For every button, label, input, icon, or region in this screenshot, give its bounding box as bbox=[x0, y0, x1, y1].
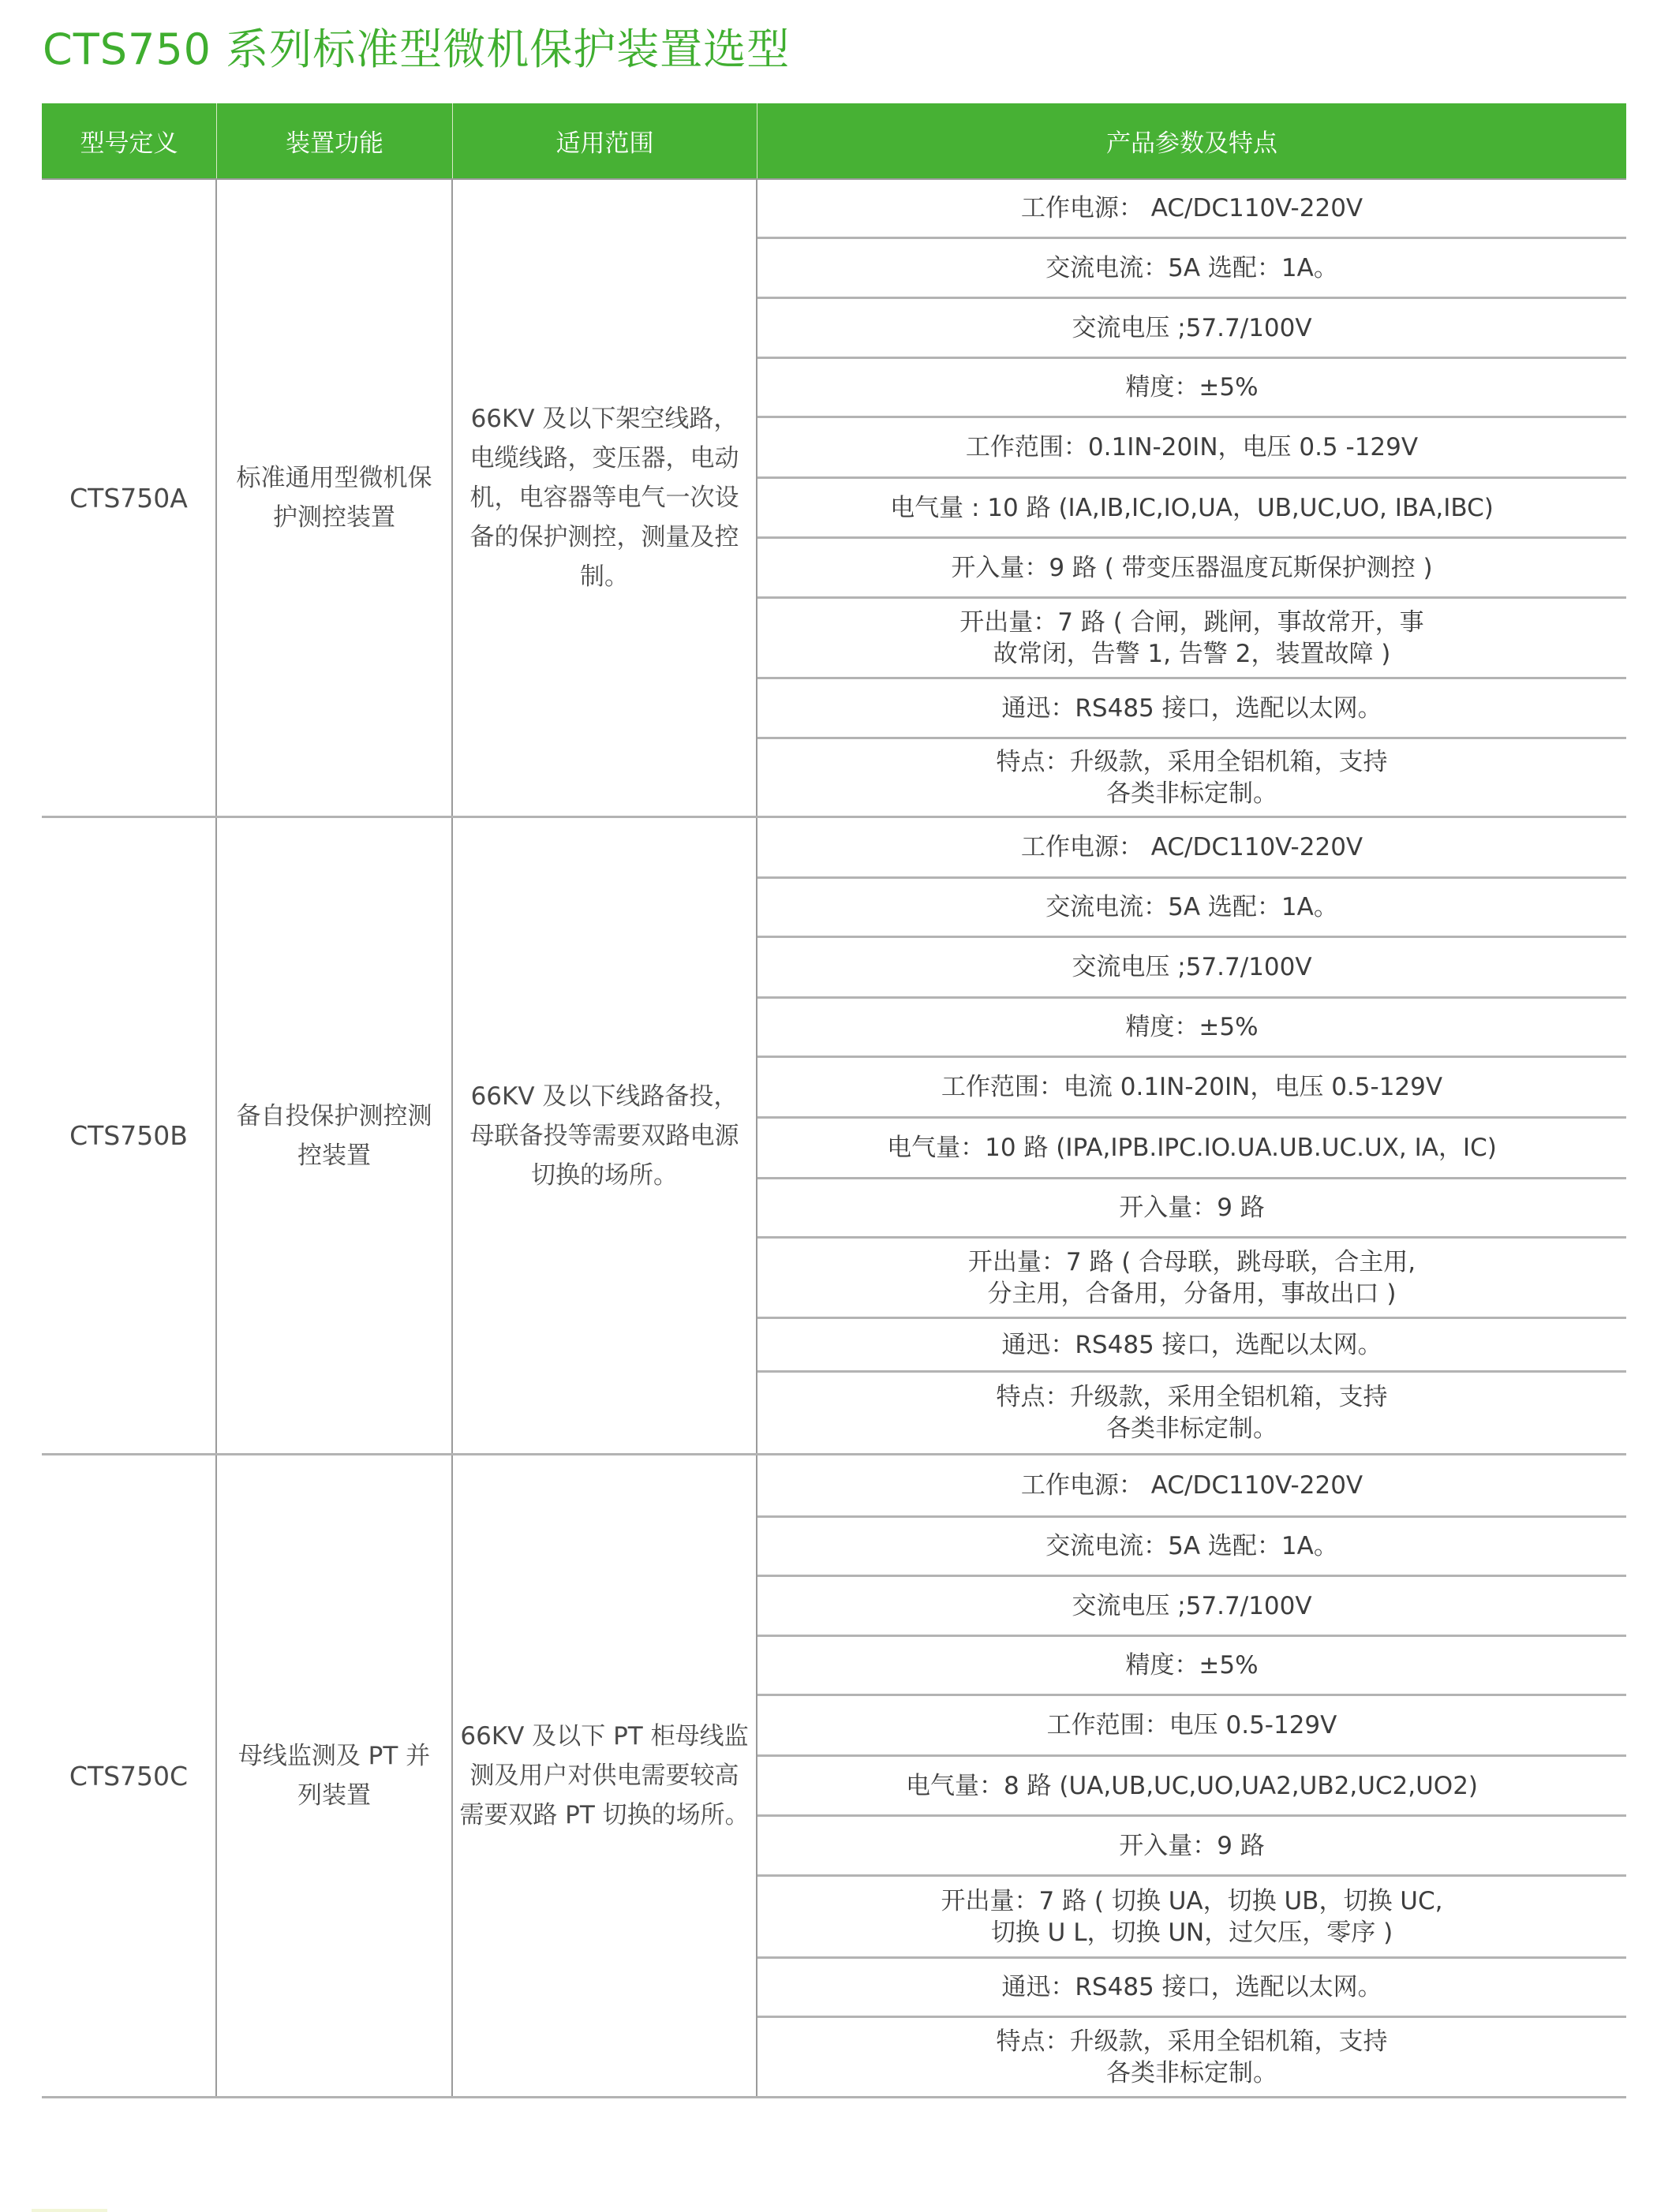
param-text: 开入量：9 路 bbox=[1119, 1830, 1265, 1862]
param-text: 开入量：9 路 bbox=[1119, 1192, 1265, 1224]
param-ac-current: 交流电流：5A 选配：1A。 bbox=[757, 1518, 1626, 1577]
param-outputs: 开出量：7 路 ( 合母联，跳母联，合主用, 分主用，合备用，分备用，事故出口 … bbox=[757, 1239, 1626, 1319]
param-range: 工作范围：电流 0.1IN-20IN，电压 0.5-129V bbox=[757, 1058, 1626, 1119]
param-text: 交流电流：5A 选配：1A。 bbox=[1045, 1530, 1338, 1562]
param-features: 特点：升级款，采用全铝机箱，支持 各类非标定制。 bbox=[757, 1373, 1626, 1453]
param-text: 电气量：8 路 (UA,UB,UC,UO,UA2,UB2,UC2,UO2) bbox=[906, 1770, 1478, 1802]
param-inputs: 开入量：9 路 bbox=[757, 1179, 1626, 1239]
table-header: 型号定义 装置功能 适用范围 产品参数及特点 bbox=[42, 103, 1626, 180]
param-electrical: 电气量 : 10 路 (IA,IB,IC,IO,UA，UB,UC,UO, IBA… bbox=[757, 479, 1626, 539]
model-cell: CTS750B bbox=[42, 818, 217, 1453]
param-text: 通迅：RS485 接口，选配以太网。 bbox=[1001, 1971, 1382, 2003]
param-accuracy: 精度：±5% bbox=[757, 999, 1626, 1058]
param-power: 工作电源： AC/DC110V-220V bbox=[757, 1455, 1626, 1518]
param-text: 开出量：7 路 ( 合闸，跳闸，事故常开，事 故常闭，告警 1, 告警 2，装置… bbox=[959, 607, 1423, 670]
param-features: 特点：升级款，采用全铝机箱，支持 各类非标定制。 bbox=[757, 2018, 1626, 2096]
param-text: 交流电流：5A 选配：1A。 bbox=[1045, 252, 1338, 284]
scope-cell: 66KV 及以下 PT 柜母线监测及用户对供电需要较高需要双路 PT 切换的场所… bbox=[453, 1455, 757, 2096]
table-row-cts750a: CTS750A 标准通用型微机保护测控装置 66KV 及以下架空线路，电缆线路，… bbox=[42, 180, 1626, 818]
param-text: 通迅：RS485 接口，选配以太网。 bbox=[1001, 693, 1382, 724]
scope-cell: 66KV 及以下线路备投，母联备投等需要双路电源切换的场所。 bbox=[453, 818, 757, 1453]
param-text: 特点：升级款，采用全铝机箱，支持 各类非标定制。 bbox=[997, 746, 1388, 809]
param-text: 开入量：9 路 ( 带变压器温度瓦斯保护测控 ) bbox=[951, 552, 1432, 584]
param-ac-current: 交流电流：5A 选配：1A。 bbox=[757, 239, 1626, 299]
param-text: 电气量 : 10 路 (IA,IB,IC,IO,UA，UB,UC,UO, IBA… bbox=[890, 492, 1494, 524]
param-power: 工作电源： AC/DC110V-220V bbox=[757, 180, 1626, 239]
param-accuracy: 精度：±5% bbox=[757, 1637, 1626, 1696]
function-cell: 备自投保护测控测控装置 bbox=[217, 818, 453, 1453]
param-outputs: 开出量：7 路 ( 切换 UA，切换 UB，切换 UC, 切换 U L，切换 U… bbox=[757, 1877, 1626, 1959]
param-range: 工作范围：电压 0.5-129V bbox=[757, 1696, 1626, 1757]
param-text: 精度：±5% bbox=[1125, 372, 1258, 403]
params-cell: 工作电源： AC/DC110V-220V 交流电流：5A 选配：1A。 交流电压… bbox=[757, 1455, 1626, 2096]
model-cell: CTS750A bbox=[42, 180, 217, 816]
param-text: 交流电压 ;57.7/100V bbox=[1072, 312, 1311, 344]
page-title: CTS750 系列标准型微机保护装置选型 bbox=[43, 22, 790, 77]
param-text: 交流电压 ;57.7/100V bbox=[1072, 951, 1311, 983]
header-function: 装置功能 bbox=[217, 103, 453, 178]
params-cell: 工作电源： AC/DC110V-220V 交流电流：5A 选配：1A。 交流电压… bbox=[757, 818, 1626, 1453]
param-ac-voltage: 交流电压 ;57.7/100V bbox=[757, 1577, 1626, 1637]
param-text: 特点：升级款，采用全铝机箱，支持 各类非标定制。 bbox=[997, 2026, 1388, 2089]
footer-decoration bbox=[32, 2209, 107, 2212]
param-text: 通迅：RS485 接口，选配以太网。 bbox=[1001, 1329, 1382, 1361]
param-range: 工作范围：0.1IN-20IN，电压 0.5 -129V bbox=[757, 418, 1626, 479]
param-ac-current: 交流电流：5A 选配：1A。 bbox=[757, 879, 1626, 938]
param-ac-voltage: 交流电压 ;57.7/100V bbox=[757, 938, 1626, 999]
param-text: 工作范围：0.1IN-20IN，电压 0.5 -129V bbox=[966, 432, 1418, 463]
param-text: 电气量：10 路 (IPA,IPB.IPC.IO.UA.UB.UC.UX, IA… bbox=[887, 1132, 1497, 1164]
param-text: 工作电源： AC/DC110V-220V bbox=[1021, 1470, 1363, 1501]
param-comms: 通迅：RS485 接口，选配以太网。 bbox=[757, 1959, 1626, 2018]
param-text: 精度：±5% bbox=[1125, 1011, 1258, 1043]
param-text: 交流电流：5A 选配：1A。 bbox=[1045, 891, 1338, 923]
param-electrical: 电气量：10 路 (IPA,IPB.IPC.IO.UA.UB.UC.UX, IA… bbox=[757, 1119, 1626, 1179]
param-outputs: 开出量：7 路 ( 合闸，跳闸，事故常开，事 故常闭，告警 1, 告警 2，装置… bbox=[757, 599, 1626, 679]
header-scope: 适用范围 bbox=[453, 103, 757, 178]
param-ac-voltage: 交流电压 ;57.7/100V bbox=[757, 299, 1626, 359]
model-cell: CTS750C bbox=[42, 1455, 217, 2096]
function-cell: 母线监测及 PT 并列装置 bbox=[217, 1455, 453, 2096]
param-text: 开出量：7 路 ( 合母联，跳母联，合主用, 分主用，合备用，分备用，事故出口 … bbox=[968, 1246, 1416, 1310]
param-text: 交流电压 ;57.7/100V bbox=[1072, 1590, 1311, 1622]
table-row-cts750b: CTS750B 备自投保护测控测控装置 66KV 及以下线路备投，母联备投等需要… bbox=[42, 818, 1626, 1455]
param-text: 工作范围：电流 0.1IN-20IN，电压 0.5-129V bbox=[941, 1071, 1442, 1103]
param-text: 工作范围：电压 0.5-129V bbox=[1047, 1709, 1337, 1741]
table-row-cts750c: CTS750C 母线监测及 PT 并列装置 66KV 及以下 PT 柜母线监测及… bbox=[42, 1455, 1626, 2098]
param-text: 工作电源： AC/DC110V-220V bbox=[1021, 192, 1363, 224]
param-electrical: 电气量：8 路 (UA,UB,UC,UO,UA2,UB2,UC2,UO2) bbox=[757, 1757, 1626, 1817]
param-power: 工作电源： AC/DC110V-220V bbox=[757, 818, 1626, 879]
param-text: 特点：升级款，采用全铝机箱，支持 各类非标定制。 bbox=[997, 1381, 1388, 1444]
scope-cell: 66KV 及以下架空线路，电缆线路，变压器，电动机，电容器等电气一次设备的保护测… bbox=[453, 180, 757, 816]
header-model: 型号定义 bbox=[42, 103, 217, 178]
param-comms: 通迅：RS485 接口，选配以太网。 bbox=[757, 679, 1626, 739]
selection-table: 型号定义 装置功能 适用范围 产品参数及特点 CTS750A 标准通用型微机保护… bbox=[42, 103, 1626, 2098]
function-cell: 标准通用型微机保护测控装置 bbox=[217, 180, 453, 816]
params-cell: 工作电源： AC/DC110V-220V 交流电流：5A 选配：1A。 交流电压… bbox=[757, 180, 1626, 816]
param-accuracy: 精度：±5% bbox=[757, 359, 1626, 418]
param-text: 开出量：7 路 ( 切换 UA，切换 UB，切换 UC, 切换 U L，切换 U… bbox=[941, 1885, 1443, 1949]
param-comms: 通迅：RS485 接口，选配以太网。 bbox=[757, 1319, 1626, 1373]
param-inputs: 开入量：9 路 bbox=[757, 1817, 1626, 1877]
param-text: 工作电源： AC/DC110V-220V bbox=[1021, 831, 1363, 863]
param-features: 特点：升级款，采用全铝机箱，支持 各类非标定制。 bbox=[757, 739, 1626, 816]
param-inputs: 开入量：9 路 ( 带变压器温度瓦斯保护测控 ) bbox=[757, 539, 1626, 599]
header-params: 产品参数及特点 bbox=[757, 103, 1626, 178]
param-text: 精度：±5% bbox=[1125, 1650, 1258, 1681]
